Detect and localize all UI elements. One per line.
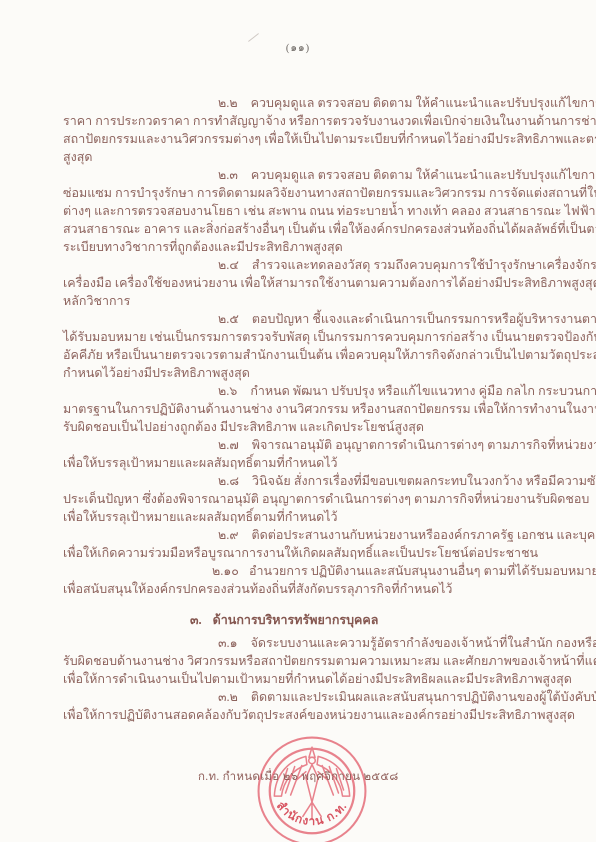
paragraph-item: ๓.๑จัดระบบงานและความรู้อัตรากำลังของเจ้า… [63,634,537,688]
page-number: (๑๑) [0,39,596,56]
line-text: ติดต่อประสานงานกับหน่วยงานหรือองค์กรภาคร… [252,528,596,542]
paragraph-item: ๒.๔สำรวจและทดลองวัสดุ รวมถึงควบคุมการใช้… [63,256,537,310]
item-number: ๒.๑๐ [212,562,239,580]
text-line: ๒.๑๐อำนวยการ ปฏิบัติงานและสนับสนุนงานอื่… [63,562,537,580]
item-number: ๒.๖ [218,382,237,400]
text-line: ๒.๗พิจารณาอนุมัติ อนุญาตการดำเนินการต่าง… [63,436,537,454]
garuda-seal-icon: สำนักงาน ก.ท. [256,735,368,842]
text-line: เพื่อให้การดำเนินงานเป็นไปตามเป้าหมายที่… [63,670,537,688]
text-line: เพื่อให้บรรลุเป้าหมายและผลสัมฤทธิ์ตามที่… [63,454,537,472]
paragraph-item: ๒.๖กำหนด พัฒนา ปรับปรุง หรือแก้ไขแนวทาง … [63,382,537,436]
text-line: เพื่อให้เกิดความร่วมมือหรือบูรณาการงานให… [63,544,537,562]
paragraph-item: ๒.๘วินิจฉัย สั่งการเรื่องที่มีขอบเขตผลกร… [63,472,537,526]
text-line: ซ่อมแซม การบำรุงรักษา การติดตามผลวิจัยงา… [63,184,537,202]
text-line: ๒.๒ควบคุมดูแล ตรวจสอบ ติดตาม ให้คำแนะนำแ… [63,94,537,112]
paragraph-item: ๒.๗พิจารณาอนุมัติ อนุญาตการดำเนินการต่าง… [63,436,537,472]
item-number: ๒.๙ [218,526,239,544]
line-text: ควบคุมดูแล ตรวจสอบ ติดตาม ให้คำแนะนำและป… [251,168,596,182]
text-line: กำหนดไว้อย่างมีประสิทธิภาพสูงสุด [63,364,537,382]
line-text: ติดตามและประเมินผลและสนับสนุนการปฏิบัติง… [251,690,596,704]
paragraph-item: ๒.๒ควบคุมดูแล ตรวจสอบ ติดตาม ให้คำแนะนำแ… [63,94,537,166]
text-line: รับผิดชอบเป็นไปอย่างถูกต้อง มีประสิทธิภา… [63,418,537,436]
text-line: อัคคีภัย หรือเป็นนายตรวจเวรตามสำนักงานเป… [63,346,537,364]
text-line: มาตรฐานในการปฏิบัติงานด้านงานช่าง งานวิศ… [63,400,537,418]
text-line: ประเด็นปัญหา ซึ่งต้องพิจารณาอนุมัติ อนุญ… [63,490,537,508]
item-number: ๒.๒ [218,94,238,112]
line-text: สำรวจและทดลองวัสดุ รวมถึงควบคุมการใช้บำร… [252,258,596,272]
item-number: ๓.๒ [218,688,238,706]
item-number: ๒.๕ [218,310,239,328]
item-number: ๒.๗ [218,436,239,454]
line-text: อำนวยการ ปฏิบัติงานและสนับสนุนงานอื่นๆ ต… [249,564,596,578]
paragraph-item: ๒.๑๐อำนวยการ ปฏิบัติงานและสนับสนุนงานอื่… [63,562,537,598]
section-number: ๓. [190,611,202,629]
paragraph-item: ๒.๙ติดต่อประสานงานกับหน่วยงานหรือองค์กรภ… [63,526,537,562]
item-number: ๓.๑ [218,634,238,652]
official-seal-stamp: สำนักงาน ก.ท. [256,735,368,842]
text-line: ๓.๒ติดตามและประเมินผลและสนับสนุนการปฏิบั… [63,688,537,706]
text-line: ระเบียบทางวิชาการที่ถูกต้องและมีประสิทธิ… [63,238,537,256]
line-text: วินิจฉัย สั่งการเรื่องที่มีขอบเขตผลกระทบ… [252,474,596,488]
text-line: ได้รับมอบหมาย เช่นเป็นกรรมการตรวจรับพัสด… [63,328,537,346]
text-line: เครื่องมือ เครื่องใช้ของหน่วยงาน เพื่อให… [63,274,537,292]
document-body: ๒.๒ควบคุมดูแล ตรวจสอบ ติดตาม ให้คำแนะนำแ… [63,94,537,724]
text-line: ๓.๑จัดระบบงานและความรู้อัตรากำลังของเจ้า… [63,634,537,652]
text-line: ต่างๆ และการตรวจสอบงานโยธา เช่น สะพาน ถน… [63,202,537,220]
text-line: เพื่อให้การปฏิบัติงานสอดคล้องกับวัตถุประ… [63,706,537,724]
paragraph-item: ๒.๓ควบคุมดูแล ตรวจสอบ ติดตาม ให้คำแนะนำแ… [63,166,537,256]
text-line: ๒.๓ควบคุมดูแล ตรวจสอบ ติดตาม ให้คำแนะนำแ… [63,166,537,184]
text-line: สูงสุด [63,148,537,166]
item-number: ๒.๓ [218,166,238,184]
text-line: หลักวิชาการ [63,292,537,310]
line-text: ตอบปัญหา ชี้แจงและดำเนินการเป็นกรรมการหร… [252,312,596,326]
text-line: ๒.๖กำหนด พัฒนา ปรับปรุง หรือแก้ไขแนวทาง … [63,382,537,400]
text-line: สถาปัตยกรรมและงานวิศวกรรมต่างๆ เพื่อให้เ… [63,130,537,148]
item-number: ๒.๘ [218,472,239,490]
text-line: ๒.๕ตอบปัญหา ชี้แจงและดำเนินการเป็นกรรมกา… [63,310,537,328]
line-text: ควบคุมดูแล ตรวจสอบ ติดตาม ให้คำแนะนำและป… [251,96,596,110]
text-line: สวนสาธารณะ อาคาร และสิ่งก่อสร้างอื่นๆ เป… [63,220,537,238]
text-line: ๒.๙ติดต่อประสานงานกับหน่วยงานหรือองค์กรภ… [63,526,537,544]
scanned-document-page: (๑๑) ๒.๒ควบคุมดูแล ตรวจสอบ ติดตาม ให้คำแ… [0,0,596,842]
text-line: ราคา การประกวดราคา การทำสัญญาจ้าง หรือกา… [63,112,537,130]
section-heading: ๓.ด้านการบริหารทรัพยากรบุคคล [63,611,537,629]
line-text: กำหนด พัฒนา ปรับปรุง หรือแก้ไขแนวทาง คู่… [250,384,596,398]
text-line: รับผิดชอบด้านงานช่าง วิศวกรรมหรือสถาปัตย… [63,652,537,670]
text-line: ๒.๔สำรวจและทดลองวัสดุ รวมถึงควบคุมการใช้… [63,256,537,274]
text-line: เพื่อให้บรรลุเป้าหมายและผลสัมฤทธิ์ตามที่… [63,508,537,526]
text-line: ๒.๘วินิจฉัย สั่งการเรื่องที่มีขอบเขตผลกร… [63,472,537,490]
line-text: จัดระบบงานและความรู้อัตรากำลังของเจ้าหน้… [251,636,596,650]
text-line: เพื่อสนับสนุนให้องค์กรปกครองส่วนท้องถิ่น… [63,580,537,598]
approval-date-line: ก.ท. กำหนดเมื่อ ๒๖ พฤศจิกายน ๒๕๕๘ [198,768,399,786]
paragraph-item: ๒.๕ตอบปัญหา ชี้แจงและดำเนินการเป็นกรรมกา… [63,310,537,382]
item-number: ๒.๔ [218,256,239,274]
paragraph-item: ๓.๒ติดตามและประเมินผลและสนับสนุนการปฏิบั… [63,688,537,724]
section-title: ด้านการบริหารทรัพยากรบุคคล [213,613,379,627]
line-text: พิจารณาอนุมัติ อนุญาตการดำเนินการต่างๆ ต… [252,438,596,452]
